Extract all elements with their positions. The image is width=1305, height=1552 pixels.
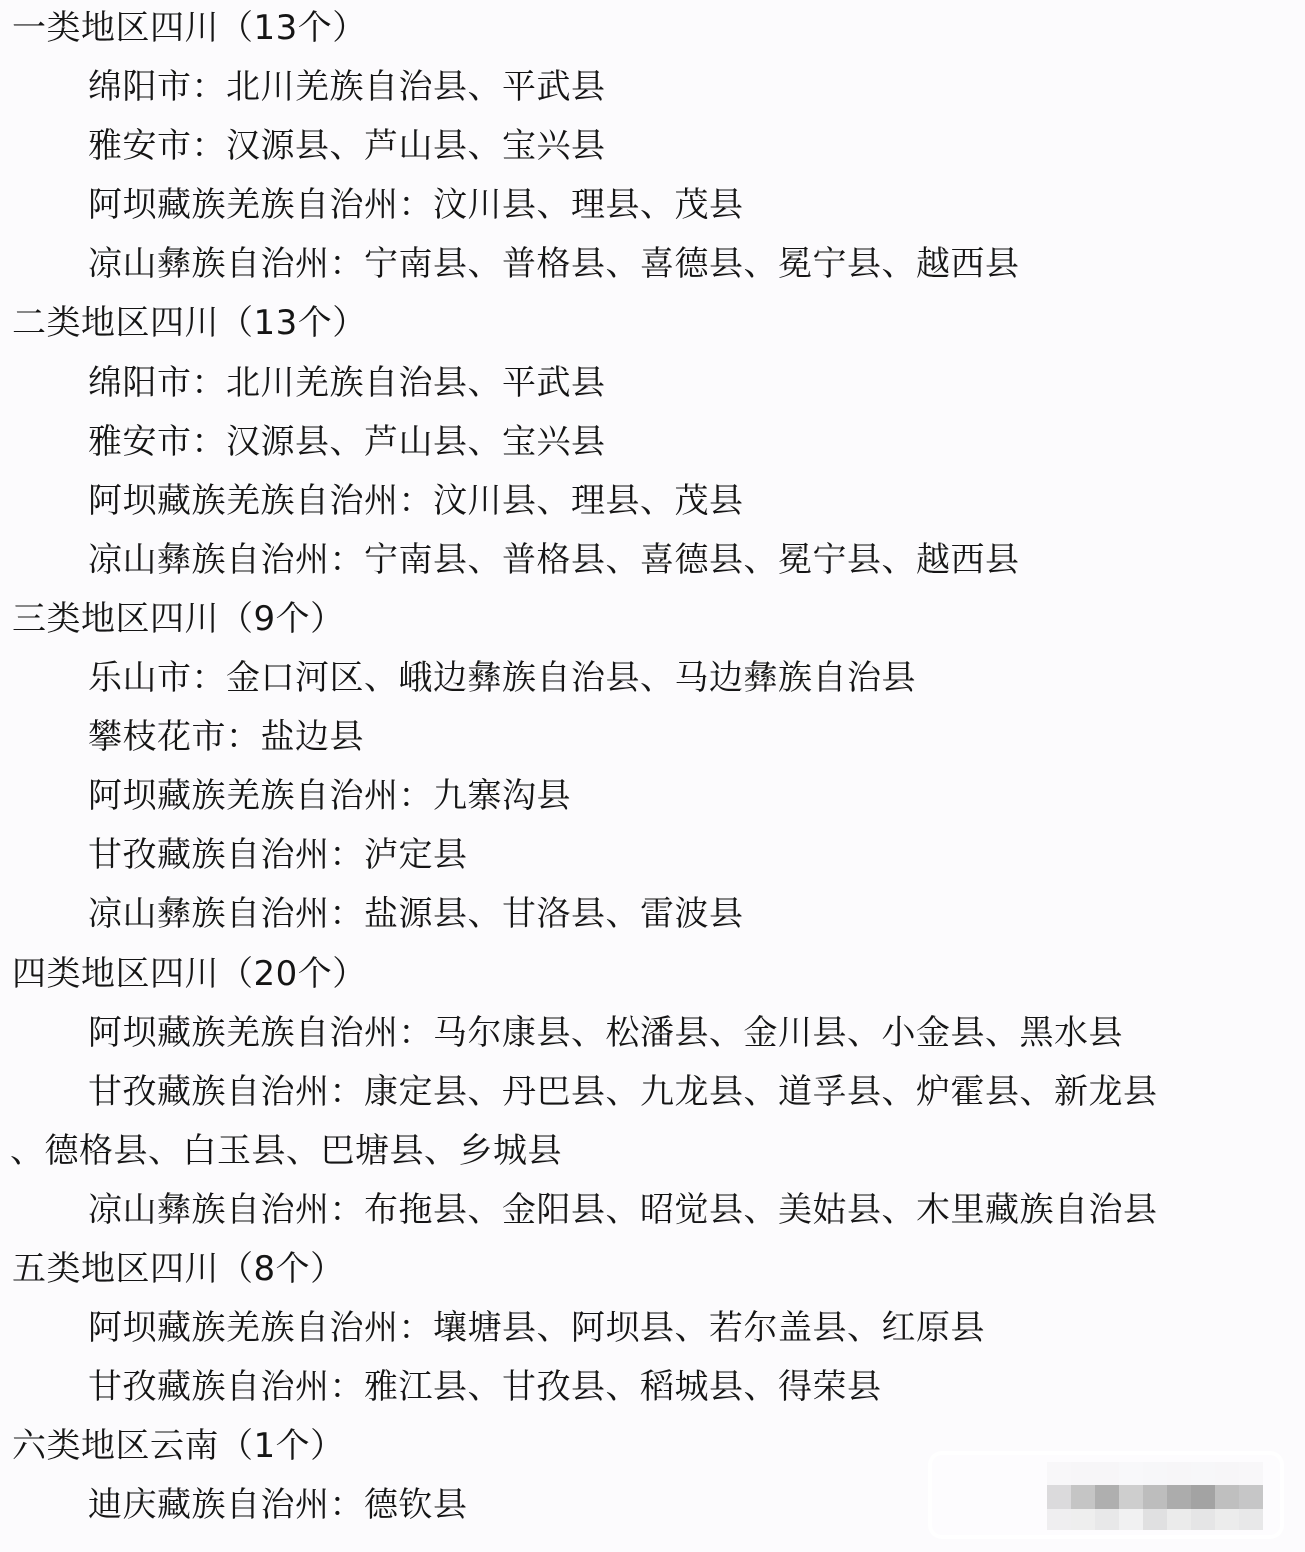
watermark-pixel xyxy=(1143,1485,1167,1509)
county-list: 汉源县、芦山县、宝兴县 xyxy=(226,126,606,166)
county-list: 壤塘县、阿坝县、若尔盖县、红原县 xyxy=(433,1308,985,1348)
list-item: 绵阳市：北川羌族自治县、平武县 xyxy=(0,354,1305,413)
section-heading: 三类地区四川（9个） xyxy=(0,590,1305,649)
prefecture-label: 阿坝藏族羌族自治州： xyxy=(88,481,433,521)
watermark-pixel xyxy=(1143,1509,1167,1530)
list-item: 阿坝藏族羌族自治州：壤塘县、阿坝县、若尔盖县、红原县 xyxy=(0,1299,1305,1358)
prefecture-label: 雅安市： xyxy=(88,126,226,166)
list-item: 阿坝藏族羌族自治州：汶川县、理县、茂县 xyxy=(0,176,1305,235)
watermark-pixel xyxy=(1047,1462,1071,1485)
watermark-pixel xyxy=(1191,1485,1215,1509)
watermark-pixel xyxy=(1095,1485,1119,1509)
list-item: 雅安市：汉源县、芦山县、宝兴县 xyxy=(0,413,1305,472)
county-list: 盐边县 xyxy=(261,717,365,757)
county-list: 宁南县、普格县、喜德县、冕宁县、越西县 xyxy=(364,244,1020,284)
section-heading: 二类地区四川（13个） xyxy=(0,294,1305,353)
watermark-pixel xyxy=(1071,1509,1095,1530)
watermark-pixel xyxy=(1191,1462,1215,1485)
prefecture-label: 凉山彝族自治州： xyxy=(88,1190,364,1230)
watermark-pixel xyxy=(1119,1509,1143,1530)
watermark-pixel xyxy=(1167,1462,1191,1485)
county-list: 北川羌族自治县、平武县 xyxy=(226,67,606,107)
prefecture-label: 甘孜藏族自治州： xyxy=(88,1072,364,1112)
prefecture-label: 凉山彝族自治州： xyxy=(88,540,364,580)
watermark-pixel xyxy=(1047,1485,1071,1509)
county-list: 马尔康县、松潘县、金川县、小金县、黑水县 xyxy=(433,1013,1123,1053)
county-list: 布拖县、金阳县、昭觉县、美姑县、木里藏族自治县 xyxy=(364,1190,1158,1230)
list-item: 阿坝藏族羌族自治州：汶川县、理县、茂县 xyxy=(0,472,1305,531)
watermark-pixel xyxy=(1119,1485,1143,1509)
document: 一类地区四川（13个） 绵阳市：北川羌族自治县、平武县 雅安市：汉源县、芦山县、… xyxy=(0,0,1305,1535)
county-list: 金口河区、峨边彝族自治县、马边彝族自治县 xyxy=(226,658,916,698)
list-item: 阿坝藏族羌族自治州：九寨沟县 xyxy=(0,767,1305,826)
list-item: 攀枝花市：盐边县 xyxy=(0,708,1305,767)
watermark-pixel xyxy=(1215,1462,1239,1485)
county-list: 宁南县、普格县、喜德县、冕宁县、越西县 xyxy=(364,540,1020,580)
prefecture-label: 攀枝花市： xyxy=(88,717,261,757)
prefecture-label: 乐山市： xyxy=(88,658,226,698)
prefecture-label: 绵阳市： xyxy=(88,363,226,403)
prefecture-label: 阿坝藏族羌族自治州： xyxy=(88,185,433,225)
prefecture-label: 迪庆藏族自治州： xyxy=(88,1485,364,1525)
list-item: 凉山彝族自治州：布拖县、金阳县、昭觉县、美姑县、木里藏族自治县 xyxy=(0,1181,1305,1240)
prefecture-label: 甘孜藏族自治州： xyxy=(88,1367,364,1407)
list-item: 凉山彝族自治州：盐源县、甘洛县、雷波县 xyxy=(0,885,1305,944)
watermark-pixel xyxy=(1239,1509,1263,1530)
list-item: 甘孜藏族自治州：雅江县、甘孜县、稻城县、得荣县 xyxy=(0,1358,1305,1417)
prefecture-label: 凉山彝族自治州： xyxy=(88,894,364,934)
watermark-pixel xyxy=(1071,1462,1095,1485)
section-heading: 四类地区四川（20个） xyxy=(0,945,1305,1004)
county-list: 雅江县、甘孜县、稻城县、得荣县 xyxy=(364,1367,882,1407)
watermark-pixel xyxy=(1239,1485,1263,1509)
watermark-pixel xyxy=(1119,1462,1143,1485)
prefecture-label: 甘孜藏族自治州： xyxy=(88,835,364,875)
list-item: 凉山彝族自治州：宁南县、普格县、喜德县、冕宁县、越西县 xyxy=(0,531,1305,590)
county-list: 德钦县 xyxy=(364,1485,468,1525)
prefecture-label: 阿坝藏族羌族自治州： xyxy=(88,1308,433,1348)
list-item: 雅安市：汉源县、芦山县、宝兴县 xyxy=(0,117,1305,176)
prefecture-label: 阿坝藏族羌族自治州： xyxy=(88,1013,433,1053)
pixelated-watermark xyxy=(1047,1462,1263,1530)
list-item: 阿坝藏族羌族自治州：马尔康县、松潘县、金川县、小金县、黑水县 xyxy=(0,1004,1305,1063)
watermark-pixel xyxy=(1215,1509,1239,1530)
prefecture-label: 阿坝藏族羌族自治州： xyxy=(88,776,433,816)
county-list: 泸定县 xyxy=(364,835,468,875)
list-item: 绵阳市：北川羌族自治县、平武县 xyxy=(0,58,1305,117)
county-list: 汶川县、理县、茂县 xyxy=(433,481,744,521)
list-item: 凉山彝族自治州：宁南县、普格县、喜德县、冕宁县、越西县 xyxy=(0,235,1305,294)
county-list: 汉源县、芦山县、宝兴县 xyxy=(226,422,606,462)
county-list-continuation: 、德格县、白玉县、巴塘县、乡城县 xyxy=(0,1122,1305,1181)
prefecture-label: 绵阳市： xyxy=(88,67,226,107)
prefecture-label: 雅安市： xyxy=(88,422,226,462)
county-list: 九寨沟县 xyxy=(433,776,571,816)
watermark-pixel xyxy=(1215,1485,1239,1509)
watermark-pixel xyxy=(1047,1509,1071,1530)
county-list: 汶川县、理县、茂县 xyxy=(433,185,744,225)
county-list: 康定县、丹巴县、九龙县、道孚县、炉霍县、新龙县 xyxy=(364,1072,1158,1112)
section-heading: 一类地区四川（13个） xyxy=(0,0,1305,58)
watermark-pixel xyxy=(1095,1462,1119,1485)
county-list: 北川羌族自治县、平武县 xyxy=(226,363,606,403)
watermark-pixel xyxy=(1095,1509,1119,1530)
section-heading: 五类地区四川（8个） xyxy=(0,1240,1305,1299)
watermark-pixel xyxy=(1191,1509,1215,1530)
county-list: 盐源县、甘洛县、雷波县 xyxy=(364,894,744,934)
watermark-pixel xyxy=(1071,1485,1095,1509)
list-item: 乐山市：金口河区、峨边彝族自治县、马边彝族自治县 xyxy=(0,649,1305,708)
watermark-pixel xyxy=(1143,1462,1167,1485)
watermark-pixel xyxy=(1167,1509,1191,1530)
list-item: 甘孜藏族自治州：康定县、丹巴县、九龙县、道孚县、炉霍县、新龙县 xyxy=(0,1063,1305,1122)
watermark-pixel xyxy=(1167,1485,1191,1509)
watermark-pixel xyxy=(1239,1462,1263,1485)
list-item: 甘孜藏族自治州：泸定县 xyxy=(0,826,1305,885)
prefecture-label: 凉山彝族自治州： xyxy=(88,244,364,284)
